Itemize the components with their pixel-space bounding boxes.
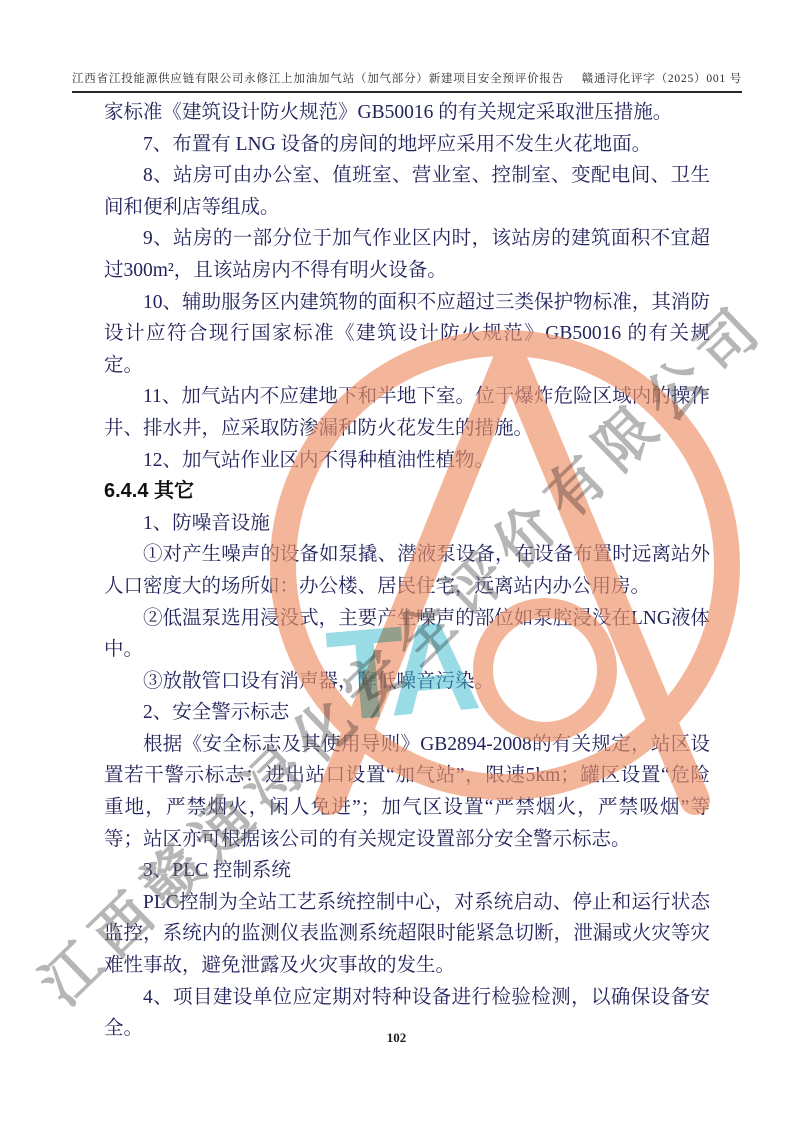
paragraph: 2、安全警示标志 <box>104 697 710 729</box>
paragraph: 7、布置有 LNG 设备的房间的地坪应采用不发生火花地面。 <box>104 129 710 161</box>
document-page: 江西省江投能源供应链有限公司永修江上加油加气站（加气部分）新建项目安全预评价报告… <box>0 0 793 1122</box>
paragraph: 3、PLC 控制系统 <box>104 855 710 887</box>
section-heading: 6.4.4 其它 <box>104 476 710 508</box>
paragraph: 根据《安全标志及其使用导则》GB2894-2008的有关规定，站区设置若干警示标… <box>104 729 710 855</box>
page-header: 江西省江投能源供应链有限公司永修江上加油加气站（加气部分）新建项目安全预评价报告… <box>72 70 742 93</box>
paragraph: 1、防噪音设施 <box>104 508 710 540</box>
paragraph: 9、站房的一部分位于加气作业区内时，该站房的建筑面积不宜超过300m²，且该站房… <box>104 223 710 286</box>
paragraph: ③放散管口设有消声器，降低噪音污染。 <box>104 666 710 698</box>
paragraph: 11、加气站内不应建地下和半地下室。位于爆炸危险区域内的操作井、排水井，应采取防… <box>104 381 710 444</box>
paragraph: PLC控制为全站工艺系统控制中心，对系统启动、停止和运行状态监控，系统内的监测仪… <box>104 887 710 982</box>
document-body: 家标准《建筑设计防火规范》GB50016 的有关规定采取泄压措施。7、布置有 L… <box>104 97 710 1045</box>
header-doc-number: 赣通浔化评字（2025）001 号 <box>582 70 742 86</box>
paragraph: 10、辅助服务区内建筑物的面积不应超过三类保护物标准，其消防设计应符合现行国家标… <box>104 287 710 382</box>
paragraph: 家标准《建筑设计防火规范》GB50016 的有关规定采取泄压措施。 <box>104 97 710 129</box>
page-number: 102 <box>0 1030 793 1046</box>
paragraph: 8、站房可由办公室、值班室、营业室、控制室、变配电间、卫生间和便利店等组成。 <box>104 160 710 223</box>
paragraph: ②低温泵选用浸没式，主要产生噪声的部位如泵腔浸没在LNG液体中。 <box>104 603 710 666</box>
paragraph: ①对产生噪声的设备如泵撬、潜液泵设备，在设备布置时远离站外人口密度大的场所如：办… <box>104 539 710 602</box>
header-report-title: 江西省江投能源供应链有限公司永修江上加油加气站（加气部分）新建项目安全预评价报告 <box>72 70 564 86</box>
paragraph: 12、加气站作业区内不得种植油性植物。 <box>104 445 710 477</box>
